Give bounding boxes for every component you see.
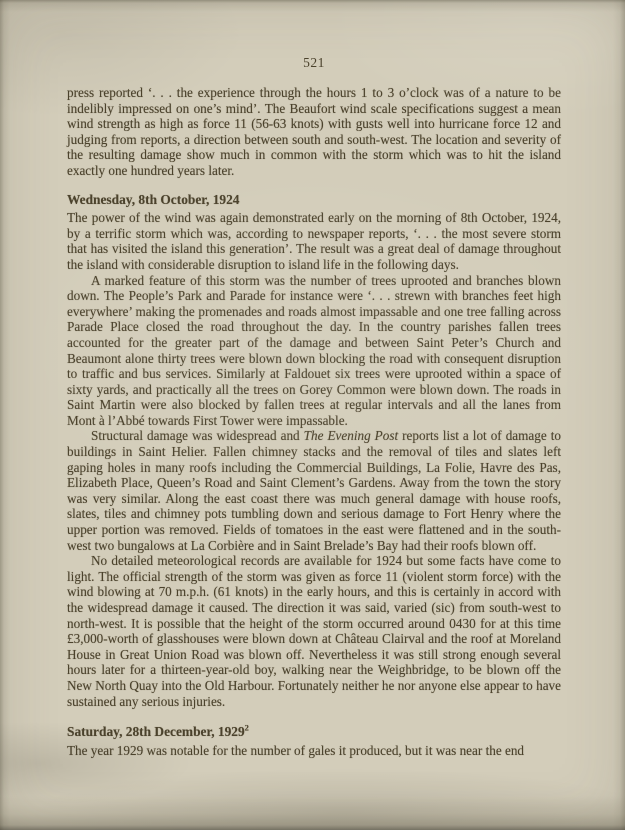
section-heading-text: Saturday, 28th December, 1929	[67, 724, 245, 739]
section-heading-8th-october-1924: Wednesday, 8th October, 1924	[67, 192, 561, 208]
page-number: 521	[67, 55, 561, 70]
section1-paragraph-1: The power of the wind was again demonstr…	[67, 210, 561, 272]
footnote-marker: 2	[245, 723, 249, 733]
section-heading-28th-december-1929: Saturday, 28th December, 19292	[67, 724, 561, 740]
section1-paragraph-3: Structural damage was widespread and The…	[67, 428, 561, 553]
section1-paragraph-4: No detailed meteorological records are a…	[67, 553, 561, 709]
paragraph-text-before-italic: Structural damage was widespread and	[91, 428, 304, 443]
section2-paragraph-1: The year 1929 was notable for the number…	[67, 743, 561, 759]
section1-paragraph-2: A marked feature of this storm was the n…	[67, 273, 561, 429]
paragraph-text-after-italic: reports list a lot of damage to building…	[67, 428, 561, 552]
intro-paragraph: press reported ‘. . . the experience thr…	[67, 85, 561, 179]
publication-name-italic: The Evening Post	[304, 428, 398, 443]
scanned-book-page: 521 press reported ‘. . . the experience…	[0, 0, 625, 830]
page-content: 521 press reported ‘. . . the experience…	[67, 55, 561, 758]
